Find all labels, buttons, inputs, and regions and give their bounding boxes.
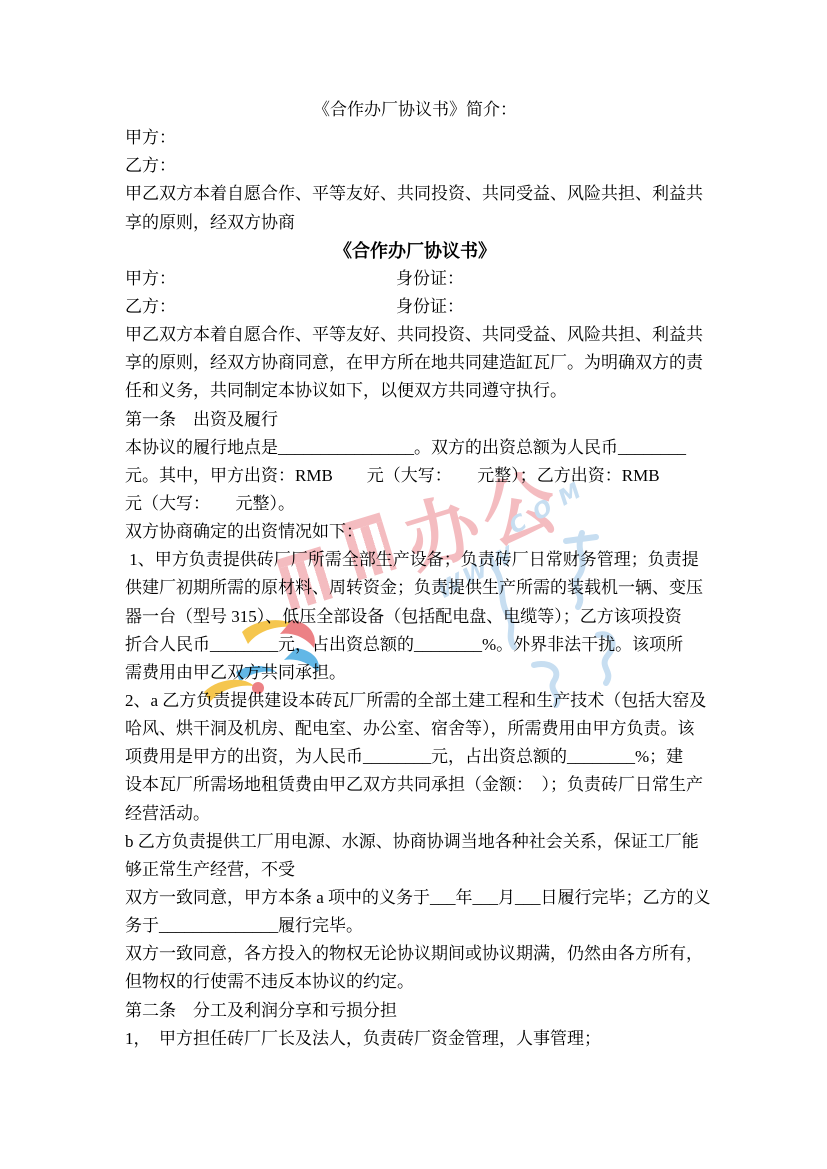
text-line: 1、甲方负责提供砖厂厂所需全部生产设备；负责砖厂日常财务管理；负责提 [125, 546, 705, 574]
text-line: 器一台（型号 315）、低压全部设备（包括配电盘、电缆等）；乙方该项投资 [125, 603, 705, 631]
intro-title-line: 《合作办厂协议书》简介： [125, 96, 705, 124]
party-label: 甲方： [125, 269, 176, 288]
text-line: 够正常生产经营，不受 [125, 856, 705, 884]
text-line: 享的原则，经双方协商 [125, 209, 705, 237]
text-line: 项费用是甲方的出资，为人民币________元，占出资总额的________%；… [125, 743, 705, 771]
text-line: 双方协商确定的出资情况如下： [125, 518, 705, 546]
document-page: 办公 COM WWW 《合作办厂协议书》简介：甲方：乙方：甲乙双方本着自愿合作、… [0, 0, 827, 1169]
text-line: 但物权的行使需不违反本协议的约定。 [125, 968, 705, 996]
text-line: 双方一致同意，甲方本条 a 项中的义务于___年___月___日履行完毕；乙方的… [125, 884, 705, 912]
text-line: 元。其中，甲方出资：RMB 元（大写： 元整）；乙方出资：RMB [125, 462, 705, 490]
text-line: 第二条 分工及利润分享和亏损分担 [125, 997, 705, 1025]
text-line: 甲方： [125, 124, 705, 152]
text-line: 元（大写： 元整）。 [125, 490, 705, 518]
text-line: 1， 甲方担任砖厂厂长及法人，负责砖厂资金管理，人事管理； [125, 1025, 705, 1053]
text-line: 设本瓦厂所需场地租赁费由甲乙双方共同承担（金额： ）；负责砖厂日常生产 [125, 771, 705, 799]
text-line: 供建厂初期所需的原材料、周转资金；负责提供生产所需的装载机一辆、变压 [125, 574, 705, 602]
text-line: 甲乙双方本着自愿合作、平等友好、共同投资、共同受益、风险共担、利益共 [125, 180, 705, 208]
text-line: 双方一致同意，各方投入的物权无论协议期间或协议期满，仍然由各方所有， [125, 940, 705, 968]
text-line: 甲乙双方本着自愿合作、平等友好、共同投资、共同受益、风险共担、利益共 [125, 321, 705, 349]
document-body: 《合作办厂协议书》简介：甲方：乙方：甲乙双方本着自愿合作、平等友好、共同投资、共… [125, 96, 705, 1053]
text-line: 需费用由甲乙双方共同承担。 [125, 659, 705, 687]
id-card-label: 身份证： [396, 293, 464, 321]
text-line: 乙方： [125, 152, 705, 180]
party-label: 乙方： [125, 297, 176, 316]
main-title-line: 《合作办厂协议书》 [125, 237, 705, 265]
id-card-label: 身份证： [396, 265, 464, 293]
text-line: b 乙方负责提供工厂用电源、水源、协商协调当地各种社会关系，保证工厂能 [125, 828, 705, 856]
text-line: 经营活动。 [125, 800, 705, 828]
text-line: 折合人民币________元，占出资总额的________%。外界非法干扰。该项… [125, 631, 705, 659]
text-line: 2、a 乙方负责提供建设本砖瓦厂所需的全部土建工程和生产技术（包括大窑及 [125, 687, 705, 715]
text-line: 第一条 出资及履行 [125, 406, 705, 434]
text-line: 享的原则，经双方协商同意，在甲方所在地共同建造缸瓦厂。为明确双方的责 [125, 349, 705, 377]
text-line: 任和义务，共同制定本协议如下，以便双方共同遵守执行。 [125, 377, 705, 405]
text-line: 本协议的履行地点是________________。双方的出资总额为人民币___… [125, 434, 705, 462]
text-line: 哈风、烘干洞及机房、配电室、办公室、宿舍等），所需费用由甲方负责。该 [125, 715, 705, 743]
text-line: 乙方：身份证： [125, 293, 705, 321]
text-line: 甲方：身份证： [125, 265, 705, 293]
text-line: 务于______________履行完毕。 [125, 912, 705, 940]
